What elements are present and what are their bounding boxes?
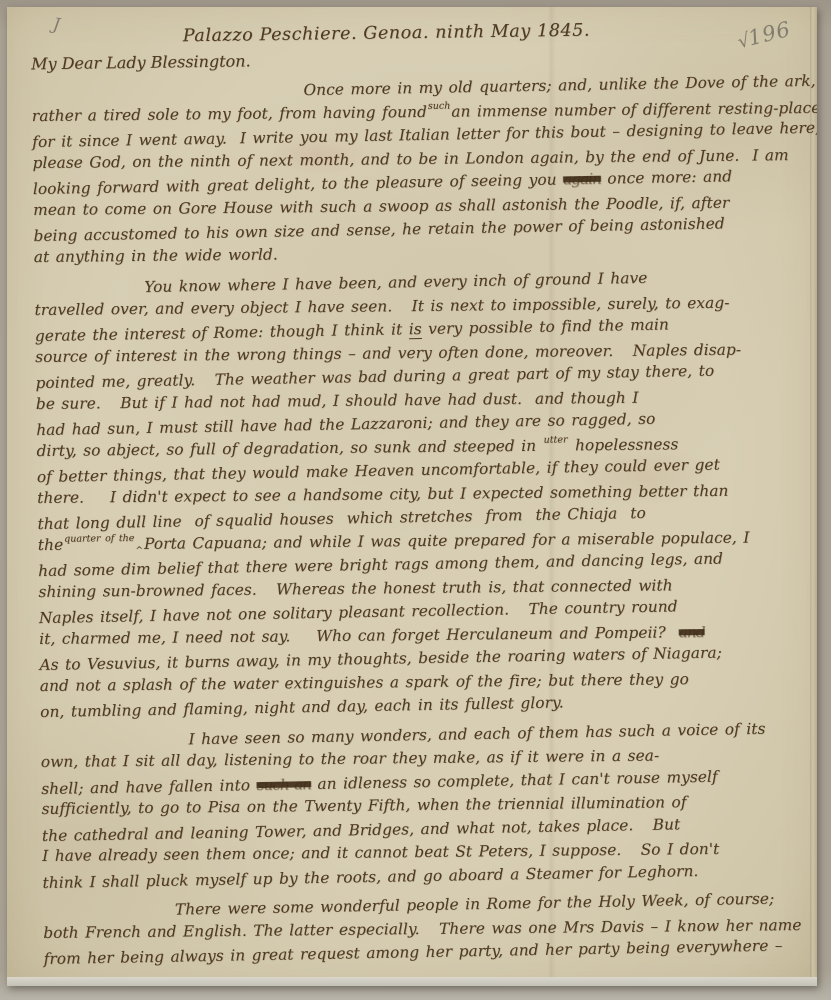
inserted-word: utter	[543, 428, 567, 452]
underlined-word: is	[409, 320, 422, 339]
letter-paragraph: Once more in my old quarters; and, unlik…	[31, 72, 814, 271]
letter-body: Palazzo Peschiere. Genoa. ninth May 1845…	[31, 15, 817, 970]
letter-text: shell; and have fallen into	[41, 776, 257, 798]
letter-paragraph: There were some wonderful people in Rome…	[43, 888, 817, 969]
struck-out-word: and	[679, 623, 705, 641]
letter-text: Once more in my old quarters; and, unlik…	[303, 71, 817, 99]
scanned-letter-page: { "palette": { "paper": "#d5ccb1", "ink"…	[0, 0, 831, 1000]
letter-text: gerate the interest of Rome: though I th…	[35, 320, 409, 345]
struck-out-word: such an	[256, 775, 311, 794]
letter-text: at anything in the wide world.	[34, 245, 278, 266]
letter-text: own, that I sit all day, listening to th…	[41, 747, 660, 771]
inserted-word: quarter of the	[64, 526, 134, 550]
letter-text: the	[38, 535, 64, 553]
letter-text: once more: and	[601, 167, 733, 187]
letter-text: rather a tired sole to my foot, from hav…	[32, 102, 427, 124]
letter-paragraphs: Once more in my old quarters; and, unlik…	[31, 72, 817, 970]
letter-text: You know where I have been, and every in…	[144, 269, 647, 296]
letter-paper: J √196 Palazzo Peschiere. Genoa. ninth M…	[7, 7, 817, 986]
letter-text: very possible to find the main	[422, 315, 670, 338]
letter-text: hopelessness	[568, 435, 678, 454]
letter-paragraph: You know where I have been, and every in…	[34, 266, 817, 723]
letter-text: dirty, so abject, so full of degradation…	[36, 436, 542, 459]
scanner-bed-strip	[7, 977, 817, 986]
letter-paragraph: I have seen so many wonders, and each of…	[40, 718, 817, 893]
inserted-word: such	[428, 94, 451, 118]
struck-out-word: again	[563, 170, 601, 189]
